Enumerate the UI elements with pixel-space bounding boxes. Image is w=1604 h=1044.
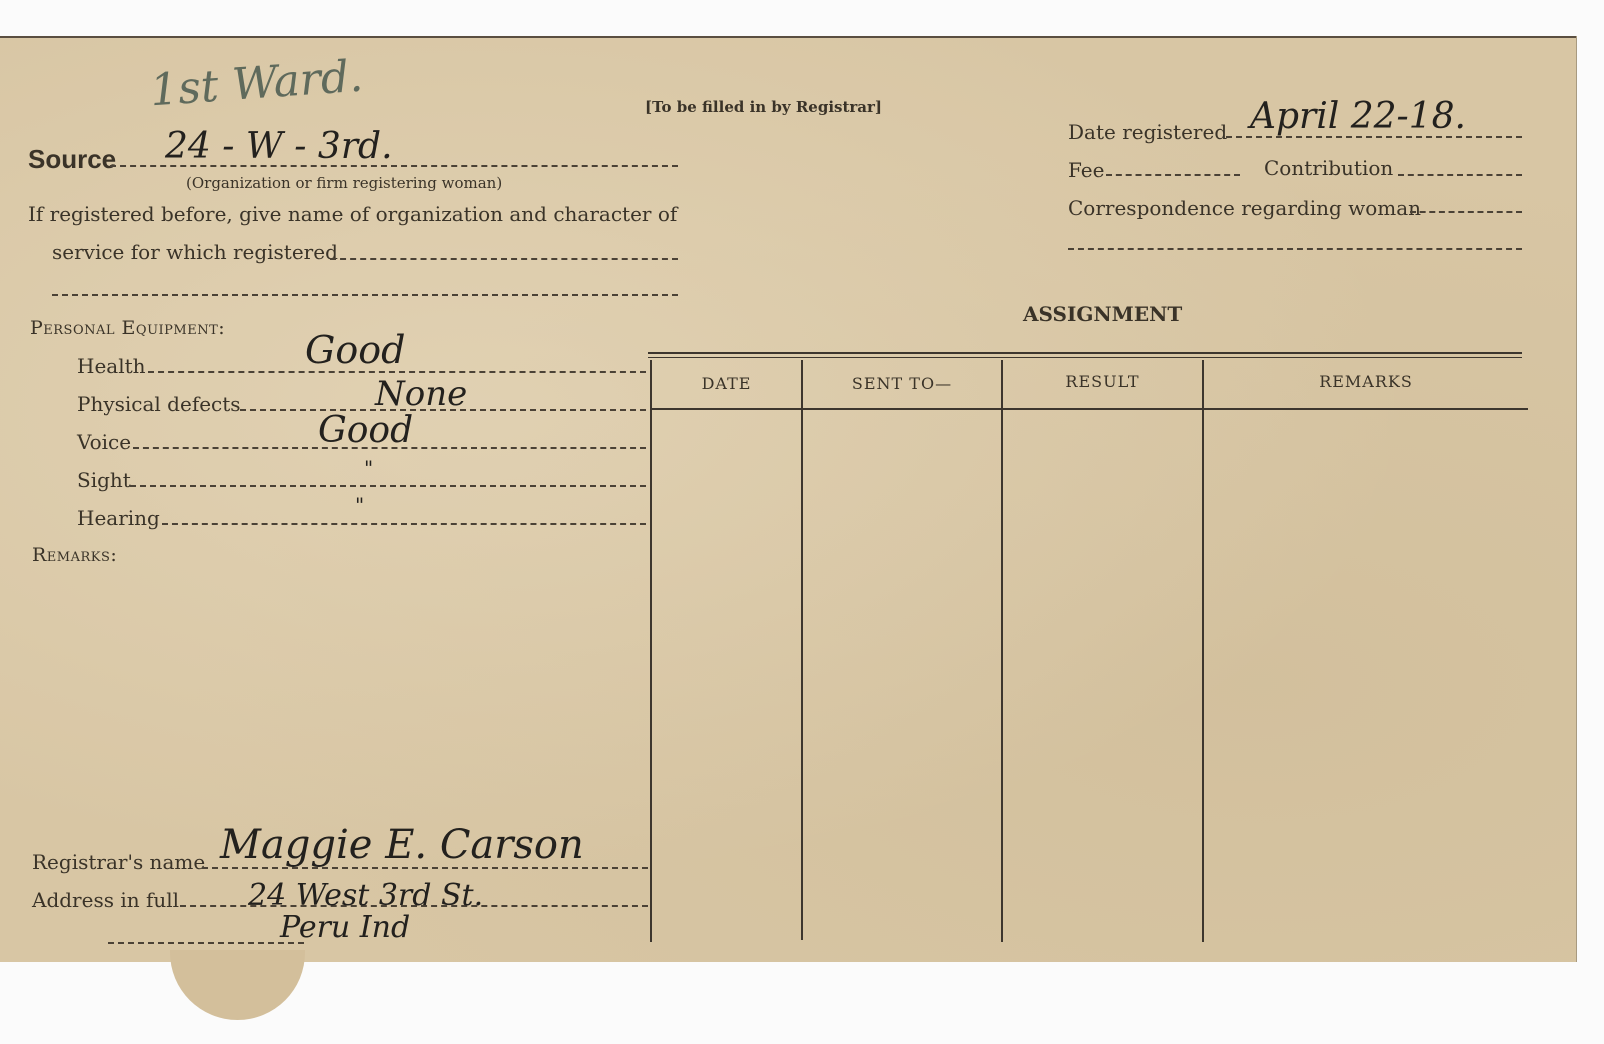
table-top-rule-1	[648, 352, 1522, 354]
registered-before-line-2[interactable]	[52, 294, 678, 296]
date-registered-label: Date registered	[1068, 120, 1227, 144]
address-line-2[interactable]	[108, 942, 304, 944]
fee-label: Fee	[1068, 158, 1104, 182]
card-index-tab	[170, 950, 305, 1020]
health-value: Good	[305, 328, 405, 372]
registration-card: 1st Ward. [To be filled in by Registrar]…	[0, 36, 1576, 962]
correspondence-line-2[interactable]	[1068, 248, 1522, 250]
source-value: 24 - W - 3rd.	[165, 126, 393, 167]
column-header-result: RESULT	[1003, 372, 1202, 391]
hearing-value: "	[355, 493, 364, 517]
address-value-line-1: 24 West 3rd St.	[248, 878, 483, 913]
column-header-remarks: REMARKS	[1204, 372, 1528, 391]
correspondence-label: Correspondence regarding woman	[1068, 196, 1421, 220]
health-label: Health	[77, 354, 146, 378]
address-value-line-2: Peru Ind	[280, 910, 410, 945]
date-registered-value: April 22-18.	[1250, 96, 1466, 137]
assignment-sent-to-cell[interactable]	[803, 410, 1001, 940]
sight-value: "	[364, 456, 373, 480]
registrar-name-label: Registrar's name	[32, 850, 205, 874]
assignment-title: ASSIGNMENT	[1023, 302, 1182, 326]
handwritten-ward: 1st Ward.	[148, 51, 364, 117]
correspondence-line-1[interactable]	[1410, 211, 1522, 213]
hearing-label: Hearing	[77, 506, 160, 530]
column-header-sent-to: SENT TO—	[803, 374, 1001, 393]
assignment-remarks-cell[interactable]	[1204, 410, 1528, 940]
source-caption: (Organization or firm registering woman)	[186, 174, 502, 192]
physical-defects-value: None	[375, 374, 467, 414]
physical-defects-label: Physical defects	[77, 392, 241, 416]
registered-before-service-label: service for which registered	[52, 240, 338, 264]
remarks-heading: Remarks:	[32, 544, 117, 566]
fee-line[interactable]	[1106, 174, 1240, 176]
registrar-name-value: Maggie E. Carson	[220, 822, 584, 868]
header-note: [To be filled in by Registrar]	[645, 98, 882, 116]
contribution-line[interactable]	[1398, 174, 1522, 176]
sight-label: Sight	[77, 468, 131, 492]
voice-label: Voice	[77, 430, 131, 454]
assignment-date-cell[interactable]	[652, 410, 801, 940]
registered-before-line-1[interactable]	[330, 258, 678, 260]
assignment-result-cell[interactable]	[1003, 410, 1202, 940]
voice-value: Good	[318, 410, 413, 451]
hearing-line[interactable]	[162, 523, 646, 525]
sight-line[interactable]	[130, 485, 646, 487]
registered-before-text: If registered before, give name of organ…	[28, 202, 677, 226]
column-header-date: DATE	[652, 374, 801, 393]
table-top-rule-2	[648, 357, 1522, 358]
contribution-label: Contribution	[1264, 156, 1393, 180]
source-label: Source	[28, 144, 116, 175]
personal-equipment-heading: Personal Equipment:	[30, 317, 225, 339]
address-label: Address in full	[32, 888, 179, 912]
